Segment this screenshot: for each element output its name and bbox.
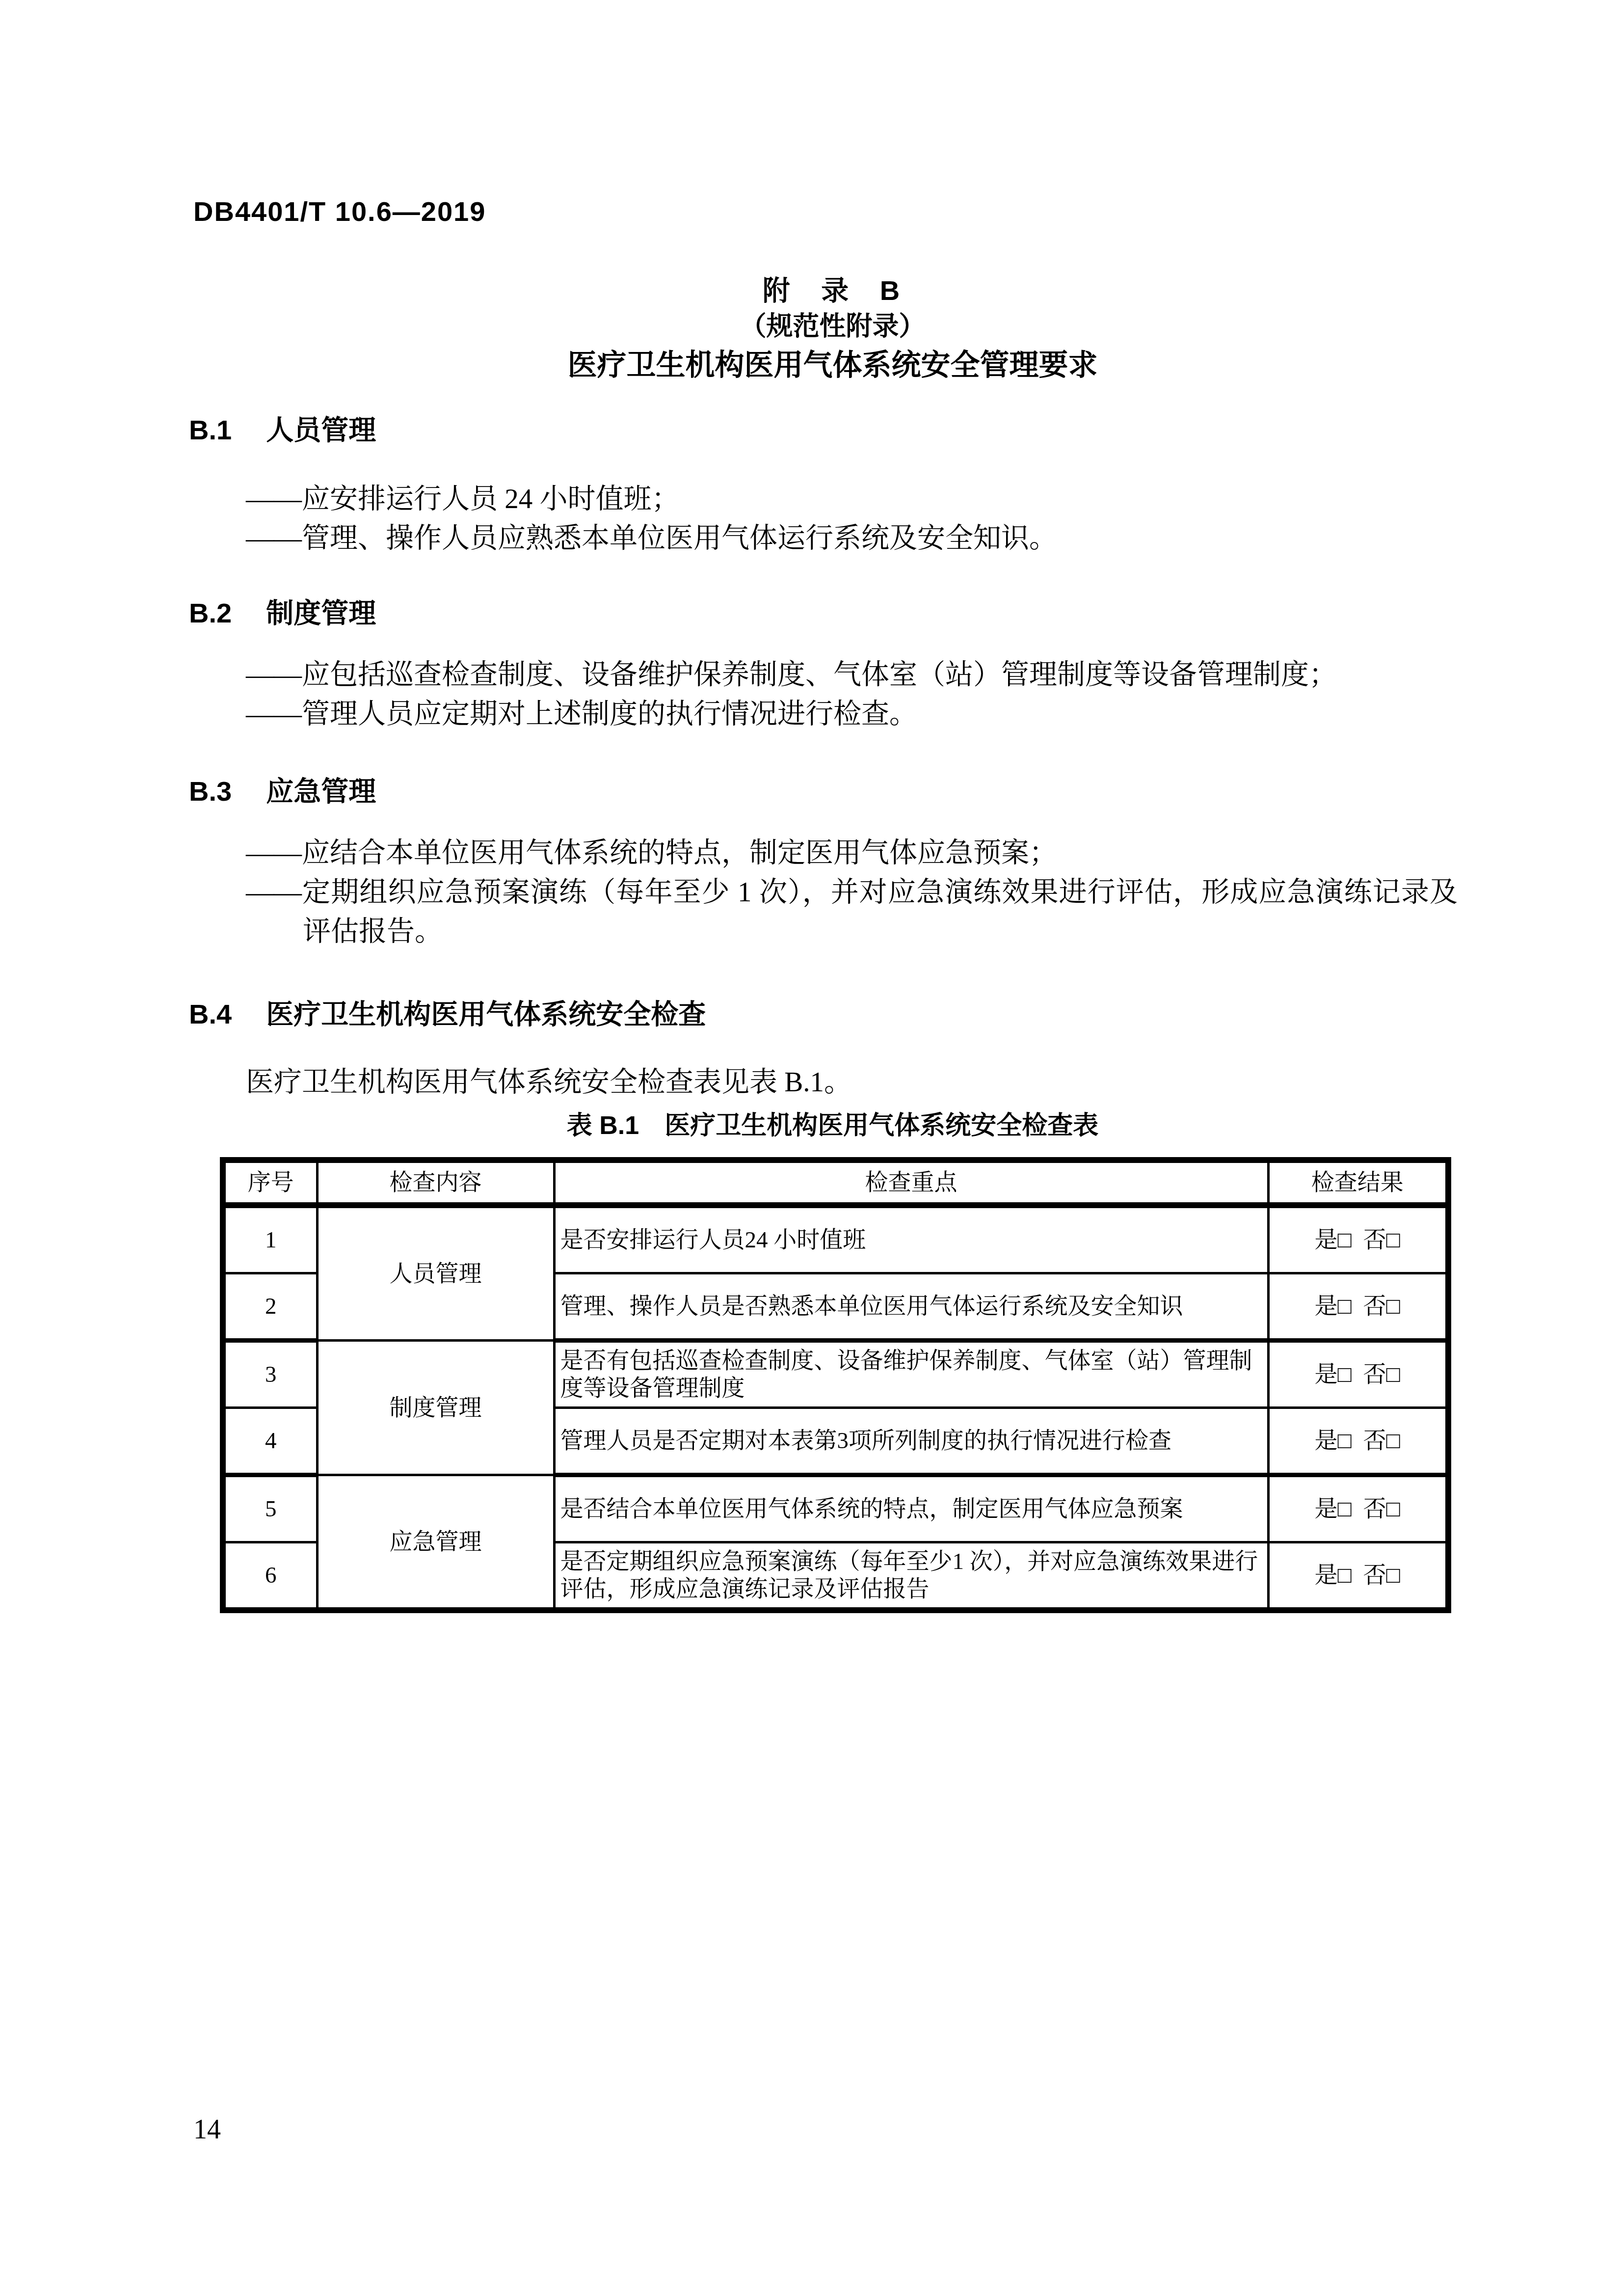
category-cell: 应急管理 (317, 1475, 554, 1611)
appendix-label: 附 录 B (220, 269, 1445, 308)
document-page: DB4401/T 10.6—2019 附 录 B （规范性附录） 医疗卫生机构医… (0, 0, 1622, 2296)
page-number: 14 (193, 2114, 221, 2145)
dash-item: ——应包括巡查检查制度、设备维护保养制度、气体室（站）管理制度等设备管理制度； (189, 655, 1458, 695)
table-row: 5 应急管理 是否结合本单位医用气体系统的特点，制定医用气体应急预案 是□ 否□ (223, 1475, 1448, 1542)
table-caption: 表 B.1医疗卫生机构医用气体系统安全检查表 (220, 1105, 1445, 1141)
safety-check-table: 序号 检查内容 检查重点 检查结果 1 人员管理 是否安排运行人员24 小时值班… (220, 1157, 1451, 1613)
category-cell: 人员管理 (317, 1205, 554, 1341)
section-heading-b3: B.3应急管理 (189, 775, 376, 808)
header-cell-no: 序号 (223, 1160, 317, 1205)
section-heading-b2: B.2制度管理 (189, 596, 376, 629)
section-title: 制度管理 (266, 597, 376, 628)
header-cell-point: 检查重点 (554, 1160, 1268, 1205)
section-heading-b4: B.4医疗卫生机构医用气体系统安全检查 (189, 998, 706, 1030)
section-title: 人员管理 (266, 414, 376, 445)
table-caption-title: 医疗卫生机构医用气体系统安全检查表 (665, 1111, 1098, 1140)
section-number: B.2 (189, 597, 232, 628)
dash-item: ——管理、操作人员应熟悉本单位医用气体运行系统及安全知识。 (189, 519, 1458, 558)
dash-item: ——应结合本单位医用气体系统的特点，制定医用气体应急预案； (189, 834, 1458, 873)
row-number-cell: 3 (223, 1341, 317, 1408)
row-number-cell: 5 (223, 1475, 317, 1542)
row-number-cell: 1 (223, 1205, 317, 1273)
header-cell-category: 检查内容 (317, 1160, 554, 1205)
section-number: B.3 (189, 776, 232, 807)
row-number-cell: 6 (223, 1542, 317, 1611)
appendix-normative-note: （规范性附录） (220, 305, 1445, 343)
dash-item: ——定期组织应急预案演练（每年至少 1 次），并对应急演练效果进行评估，形成应急… (189, 873, 1458, 951)
check-result-cell: 是□ 否□ (1268, 1542, 1448, 1611)
check-result-cell: 是□ 否□ (1268, 1205, 1448, 1273)
section-b4-paragraph: 医疗卫生机构医用气体系统安全检查表见表 B.1。 (189, 1063, 1458, 1102)
dash-item: ——管理人员应定期对上述制度的执行情况进行检查。 (189, 695, 1458, 734)
section-heading-b1: B.1人员管理 (189, 413, 376, 446)
section-b2-items: ——应包括巡查检查制度、设备维护保养制度、气体室（站）管理制度等设备管理制度； … (189, 655, 1458, 734)
check-point-cell: 管理、操作人员是否熟悉本单位医用气体运行系统及安全知识 (554, 1273, 1268, 1341)
check-point-cell: 是否结合本单位医用气体系统的特点，制定医用气体应急预案 (554, 1475, 1268, 1542)
section-number: B.4 (189, 999, 232, 1029)
check-point-cell: 是否安排运行人员24 小时值班 (554, 1205, 1268, 1273)
section-title: 医疗卫生机构医用气体系统安全检查 (266, 999, 706, 1029)
table-row: 3 制度管理 是否有包括巡查检查制度、设备维护保养制度、气体室（站）管理制度等设… (223, 1341, 1448, 1408)
section-b1-items: ——应安排运行人员 24 小时值班； ——管理、操作人员应熟悉本单位医用气体运行… (189, 480, 1458, 558)
check-point-cell: 是否定期组织应急预案演练（每年至少1 次），并对应急演练效果进行评估，形成应急演… (554, 1542, 1268, 1611)
check-point-cell: 是否有包括巡查检查制度、设备维护保养制度、气体室（站）管理制度等设备管理制度 (554, 1341, 1268, 1408)
section-b3-items: ——应结合本单位医用气体系统的特点，制定医用气体应急预案； ——定期组织应急预案… (189, 834, 1458, 951)
table-row: 1 人员管理 是否安排运行人员24 小时值班 是□ 否□ (223, 1205, 1448, 1273)
check-result-cell: 是□ 否□ (1268, 1475, 1448, 1542)
standard-code-header: DB4401/T 10.6—2019 (193, 195, 486, 227)
check-result-cell: 是□ 否□ (1268, 1408, 1448, 1475)
table-caption-label: 表 B.1 (567, 1111, 639, 1140)
header-cell-result: 检查结果 (1268, 1160, 1448, 1205)
check-point-cell: 管理人员是否定期对本表第3项所列制度的执行情况进行检查 (554, 1408, 1268, 1475)
table-header-row: 序号 检查内容 检查重点 检查结果 (223, 1160, 1448, 1205)
section-number: B.1 (189, 414, 232, 445)
category-cell: 制度管理 (317, 1341, 554, 1475)
appendix-title: 医疗卫生机构医用气体系统安全管理要求 (220, 342, 1445, 384)
check-result-cell: 是□ 否□ (1268, 1273, 1448, 1341)
row-number-cell: 2 (223, 1273, 317, 1341)
row-number-cell: 4 (223, 1408, 317, 1475)
section-title: 应急管理 (266, 776, 376, 807)
check-result-cell: 是□ 否□ (1268, 1341, 1448, 1408)
dash-item: ——应安排运行人员 24 小时值班； (189, 480, 1458, 519)
